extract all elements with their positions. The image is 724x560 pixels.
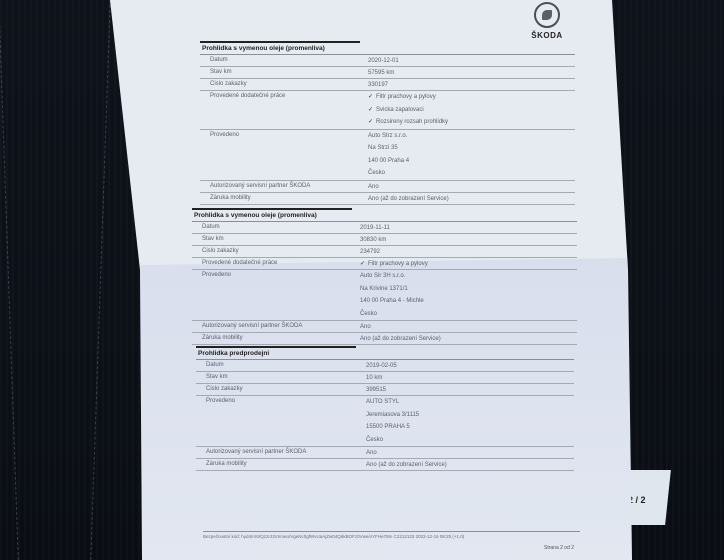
record-row: Cislo zakazky234792: [192, 246, 577, 258]
brand-logo: ŠKODA: [528, 2, 566, 40]
row-label: Záruka mobility: [192, 333, 243, 344]
section-title: Prohlidka s vymenou oleje (promenliva): [192, 210, 577, 222]
value-text: Na Krivine 1371/1: [360, 286, 408, 292]
row-label: Provedeno: [200, 130, 239, 141]
section-title: Prohlidka s vymenou oleje (promenliva): [200, 43, 575, 55]
row-value: Na Strzi 35: [368, 142, 409, 155]
row-value: Česko: [360, 308, 424, 321]
row-value: AUTO STYL: [366, 396, 419, 409]
record-row: Datum2019-11-11: [192, 222, 577, 234]
record-row: ProvedenoAUTO STYLJeremiasova 3/11151550…: [196, 396, 574, 447]
row-value: Ano (až do zobrazení Service): [366, 459, 447, 472]
value-text: 57595 km: [368, 70, 394, 76]
record-row: Stav km10 km: [196, 372, 574, 384]
row-value: 15500 PRAHA 5: [366, 421, 419, 434]
value-text: Česko: [368, 170, 385, 176]
checkmark-icon: ✓: [368, 107, 373, 113]
row-label: Záruka mobility: [200, 193, 251, 204]
row-label: Datum: [192, 222, 220, 233]
record-row: Autorizovaný servisní partner ŠKODAAno: [192, 321, 577, 333]
value-text: 15500 PRAHA 5: [366, 424, 410, 430]
checkmark-icon: ✓: [368, 94, 373, 100]
value-text: 330197: [368, 82, 388, 88]
checked-item: ✓Rozsireny rozsah prohlidky: [368, 116, 448, 129]
value-text: Ano (až do zobrazení Service): [366, 462, 447, 468]
checkmark-icon: ✓: [360, 261, 365, 267]
row-value: 399515: [366, 384, 386, 397]
row-label: Stav km: [196, 372, 228, 383]
row-label: Autorizovaný servisní partner ŠKODA: [192, 321, 302, 332]
value-text: Auto Strz s.r.o.: [368, 133, 407, 139]
row-value: 2019-11-11: [360, 222, 390, 235]
value-text: Ano (až do zobrazení Service): [360, 336, 441, 342]
row-value: 234792: [360, 246, 380, 259]
row-label: Datum: [200, 55, 228, 66]
row-label: Provedeno: [196, 396, 235, 407]
row-value: Ano: [368, 181, 379, 194]
value-text: Ano (až do zobrazení Service): [368, 196, 449, 202]
row-value: Ano: [360, 321, 371, 334]
value-text: Filtr prachovy a pylovy: [376, 94, 436, 100]
row-value: Česko: [368, 167, 409, 180]
record-row: Provedené dodatečné práce✓Filtr prachovy…: [200, 91, 575, 130]
value-text: 2020-12-01: [368, 58, 399, 64]
row-value: Jeremiasova 3/1115: [366, 409, 419, 422]
record-row: ProvedenoAuto Sir 3H s.r.o.Na Krivine 13…: [192, 270, 577, 321]
record-row: Stav km57595 km: [200, 67, 575, 79]
record-row: Cislo zakazky399515: [196, 384, 574, 396]
row-label: Datum: [196, 360, 224, 371]
service-record-section: Prohlidka s vymenou oleje (promenliva)Da…: [192, 208, 577, 345]
value-text: Svicka zapalovaci: [376, 107, 424, 113]
service-record-section: Prohlidka predprodejniDatum2019-02-05Sta…: [196, 346, 574, 471]
section-title: Prohlidka predprodejni: [196, 348, 574, 360]
row-label: Provedené dodatečné práce: [192, 258, 277, 269]
checkmark-icon: ✓: [368, 119, 373, 125]
value-text: 30830 km: [360, 237, 386, 243]
value-text: Česko: [366, 437, 383, 443]
row-label: Cislo zakazky: [196, 384, 243, 395]
row-label: Autorizovaný servisní partner ŠKODA: [200, 181, 310, 192]
page-number: Strana 2 od 2: [544, 545, 574, 551]
value-text: Filtr prachovy a pylovy: [368, 261, 428, 267]
row-value: Ano: [366, 447, 377, 460]
value-text: Jeremiasova 3/1115: [366, 412, 419, 418]
row-value: 140 00 Praha 4: [368, 155, 409, 168]
row-value: 2020-12-01: [368, 55, 399, 68]
value-text: Ano: [368, 184, 379, 190]
row-label: Provedené dodatečné práce: [200, 91, 285, 102]
brand-name: ŠKODA: [528, 31, 566, 40]
value-text: 2019-02-05: [366, 363, 397, 369]
row-label: Provedeno: [192, 270, 231, 281]
row-label: Cislo zakazky: [192, 246, 239, 257]
record-row: Cislo zakazky330197: [200, 79, 575, 91]
row-value: Ano (až do zobrazení Service): [360, 333, 441, 346]
row-value: 330197: [368, 79, 388, 92]
record-row: Stav km30830 km: [192, 234, 577, 246]
record-row: Záruka mobilityAno (až do zobrazení Serv…: [200, 193, 575, 205]
row-value: 57595 km: [368, 67, 394, 80]
row-value: Auto Sir 3H s.r.o.: [360, 270, 424, 283]
row-label: Stav km: [200, 67, 232, 78]
row-value: 30830 km: [360, 234, 386, 247]
value-text: Auto Sir 3H s.r.o.: [360, 273, 405, 279]
value-text: 10 km: [366, 375, 382, 381]
record-row: Datum2020-12-01: [200, 55, 575, 67]
value-text: 140 00 Praha 4 - Michle: [360, 298, 424, 304]
record-row: Autorizovaný servisní partner ŠKODAAno: [200, 181, 575, 193]
value-text: Na Strzi 35: [368, 145, 398, 151]
value-text: AUTO STYL: [366, 399, 399, 405]
row-label: Záruka mobility: [196, 459, 247, 470]
record-row: Datum2019-02-05: [196, 360, 574, 372]
row-label: Stav km: [192, 234, 224, 245]
row-value: Auto Strz s.r.o.: [368, 130, 409, 143]
value-text: Ano: [360, 324, 371, 330]
footer-security-code: Bezpečnostní kód: hyd4mSI/Qz2rJ3Vnmeo/Vg…: [203, 531, 580, 539]
row-value: Ano (až do zobrazení Service): [368, 193, 449, 206]
record-row: Autorizovaný servisní partner ŠKODAAno: [196, 447, 574, 459]
row-value: 140 00 Praha 4 - Michle: [360, 295, 424, 308]
checked-item: ✓Filtr prachovy a pylovy: [368, 91, 448, 104]
row-label: Autorizovaný servisní partner ŠKODA: [196, 447, 306, 458]
record-row: Provedené dodatečné práce✓Filtr prachovy…: [192, 258, 577, 270]
row-value: 2019-02-05: [366, 360, 397, 373]
checked-item: ✓Filtr prachovy a pylovy: [360, 258, 428, 271]
row-value: Na Krivine 1371/1: [360, 283, 424, 296]
value-text: 234792: [360, 249, 380, 255]
record-row: Záruka mobilityAno (až do zobrazení Serv…: [192, 333, 577, 345]
checked-item: ✓Svicka zapalovaci: [368, 104, 448, 117]
value-text: Rozsireny rozsah prohlidky: [376, 119, 448, 125]
value-text: 2019-11-11: [360, 225, 390, 231]
skoda-logo-icon: [534, 2, 560, 28]
value-text: 399515: [366, 387, 386, 393]
record-row: Záruka mobilityAno (až do zobrazení Serv…: [196, 459, 574, 471]
value-text: Ano: [366, 450, 377, 456]
row-value: 10 km: [366, 372, 382, 385]
value-text: 140 00 Praha 4: [368, 158, 409, 164]
row-value: Česko: [366, 434, 419, 447]
record-row: ProvedenoAuto Strz s.r.o.Na Strzi 35140 …: [200, 130, 575, 181]
value-text: Česko: [360, 311, 377, 317]
row-label: Cislo zakazky: [200, 79, 247, 90]
service-record-section: Prohlidka s vymenou oleje (promenliva)Da…: [200, 41, 575, 205]
